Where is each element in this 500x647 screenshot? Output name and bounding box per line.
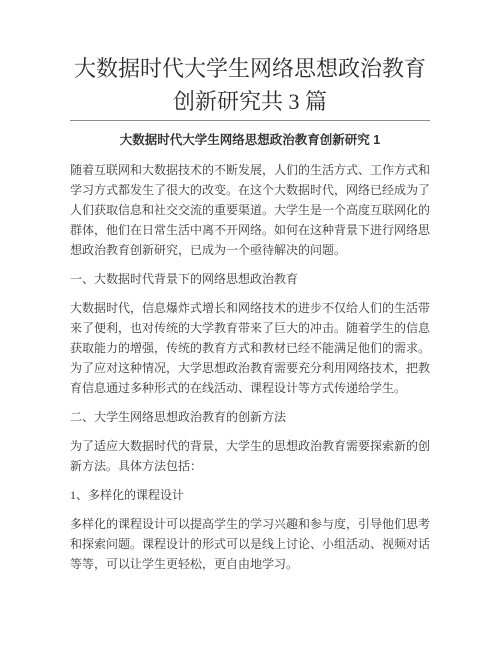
document-title-line-2: 创新研究共 3 篇 bbox=[70, 85, 430, 118]
paragraph-section-1: 大数据时代，信息爆炸式增长和网络技术的进步不仅给人们的生活带来了便利，也对传统的… bbox=[70, 298, 430, 398]
article-body: 随着互联网和大数据技术的不断发展，人们的生活方式、工作方式和学习方式都发生了很大… bbox=[70, 160, 430, 574]
paragraph-section-2: 为了适应大数据时代的背景，大学生的思想政治教育需要探索新的创新方法。具体方法包括… bbox=[70, 436, 430, 476]
section-heading-1: 一、大数据时代背景下的网络思想政治教育 bbox=[70, 269, 430, 289]
document-title-line-1: 大数据时代大学生网络思想政治教育 bbox=[70, 52, 430, 85]
title-divider bbox=[70, 120, 430, 121]
document-page: 大数据时代大学生网络思想政治教育 创新研究共 3 篇 大数据时代大学生网络思想政… bbox=[0, 0, 500, 647]
section-heading-2: 二、大学生网络思想政治教育的创新方法 bbox=[70, 407, 430, 427]
document-title: 大数据时代大学生网络思想政治教育 创新研究共 3 篇 bbox=[70, 52, 430, 118]
paragraph-list-item-1: 多样化的课程设计可以提高学生的学习兴趣和参与度，引导他们思考和探索问题。课程设计… bbox=[70, 514, 430, 574]
paragraph-intro: 随着互联网和大数据技术的不断发展，人们的生活方式、工作方式和学习方式都发生了很大… bbox=[70, 160, 430, 260]
article-subtitle: 大数据时代大学生网络思想政治教育创新研究 1 bbox=[70, 133, 430, 148]
list-item-heading-1: 1、多样化的课程设计 bbox=[70, 485, 430, 505]
